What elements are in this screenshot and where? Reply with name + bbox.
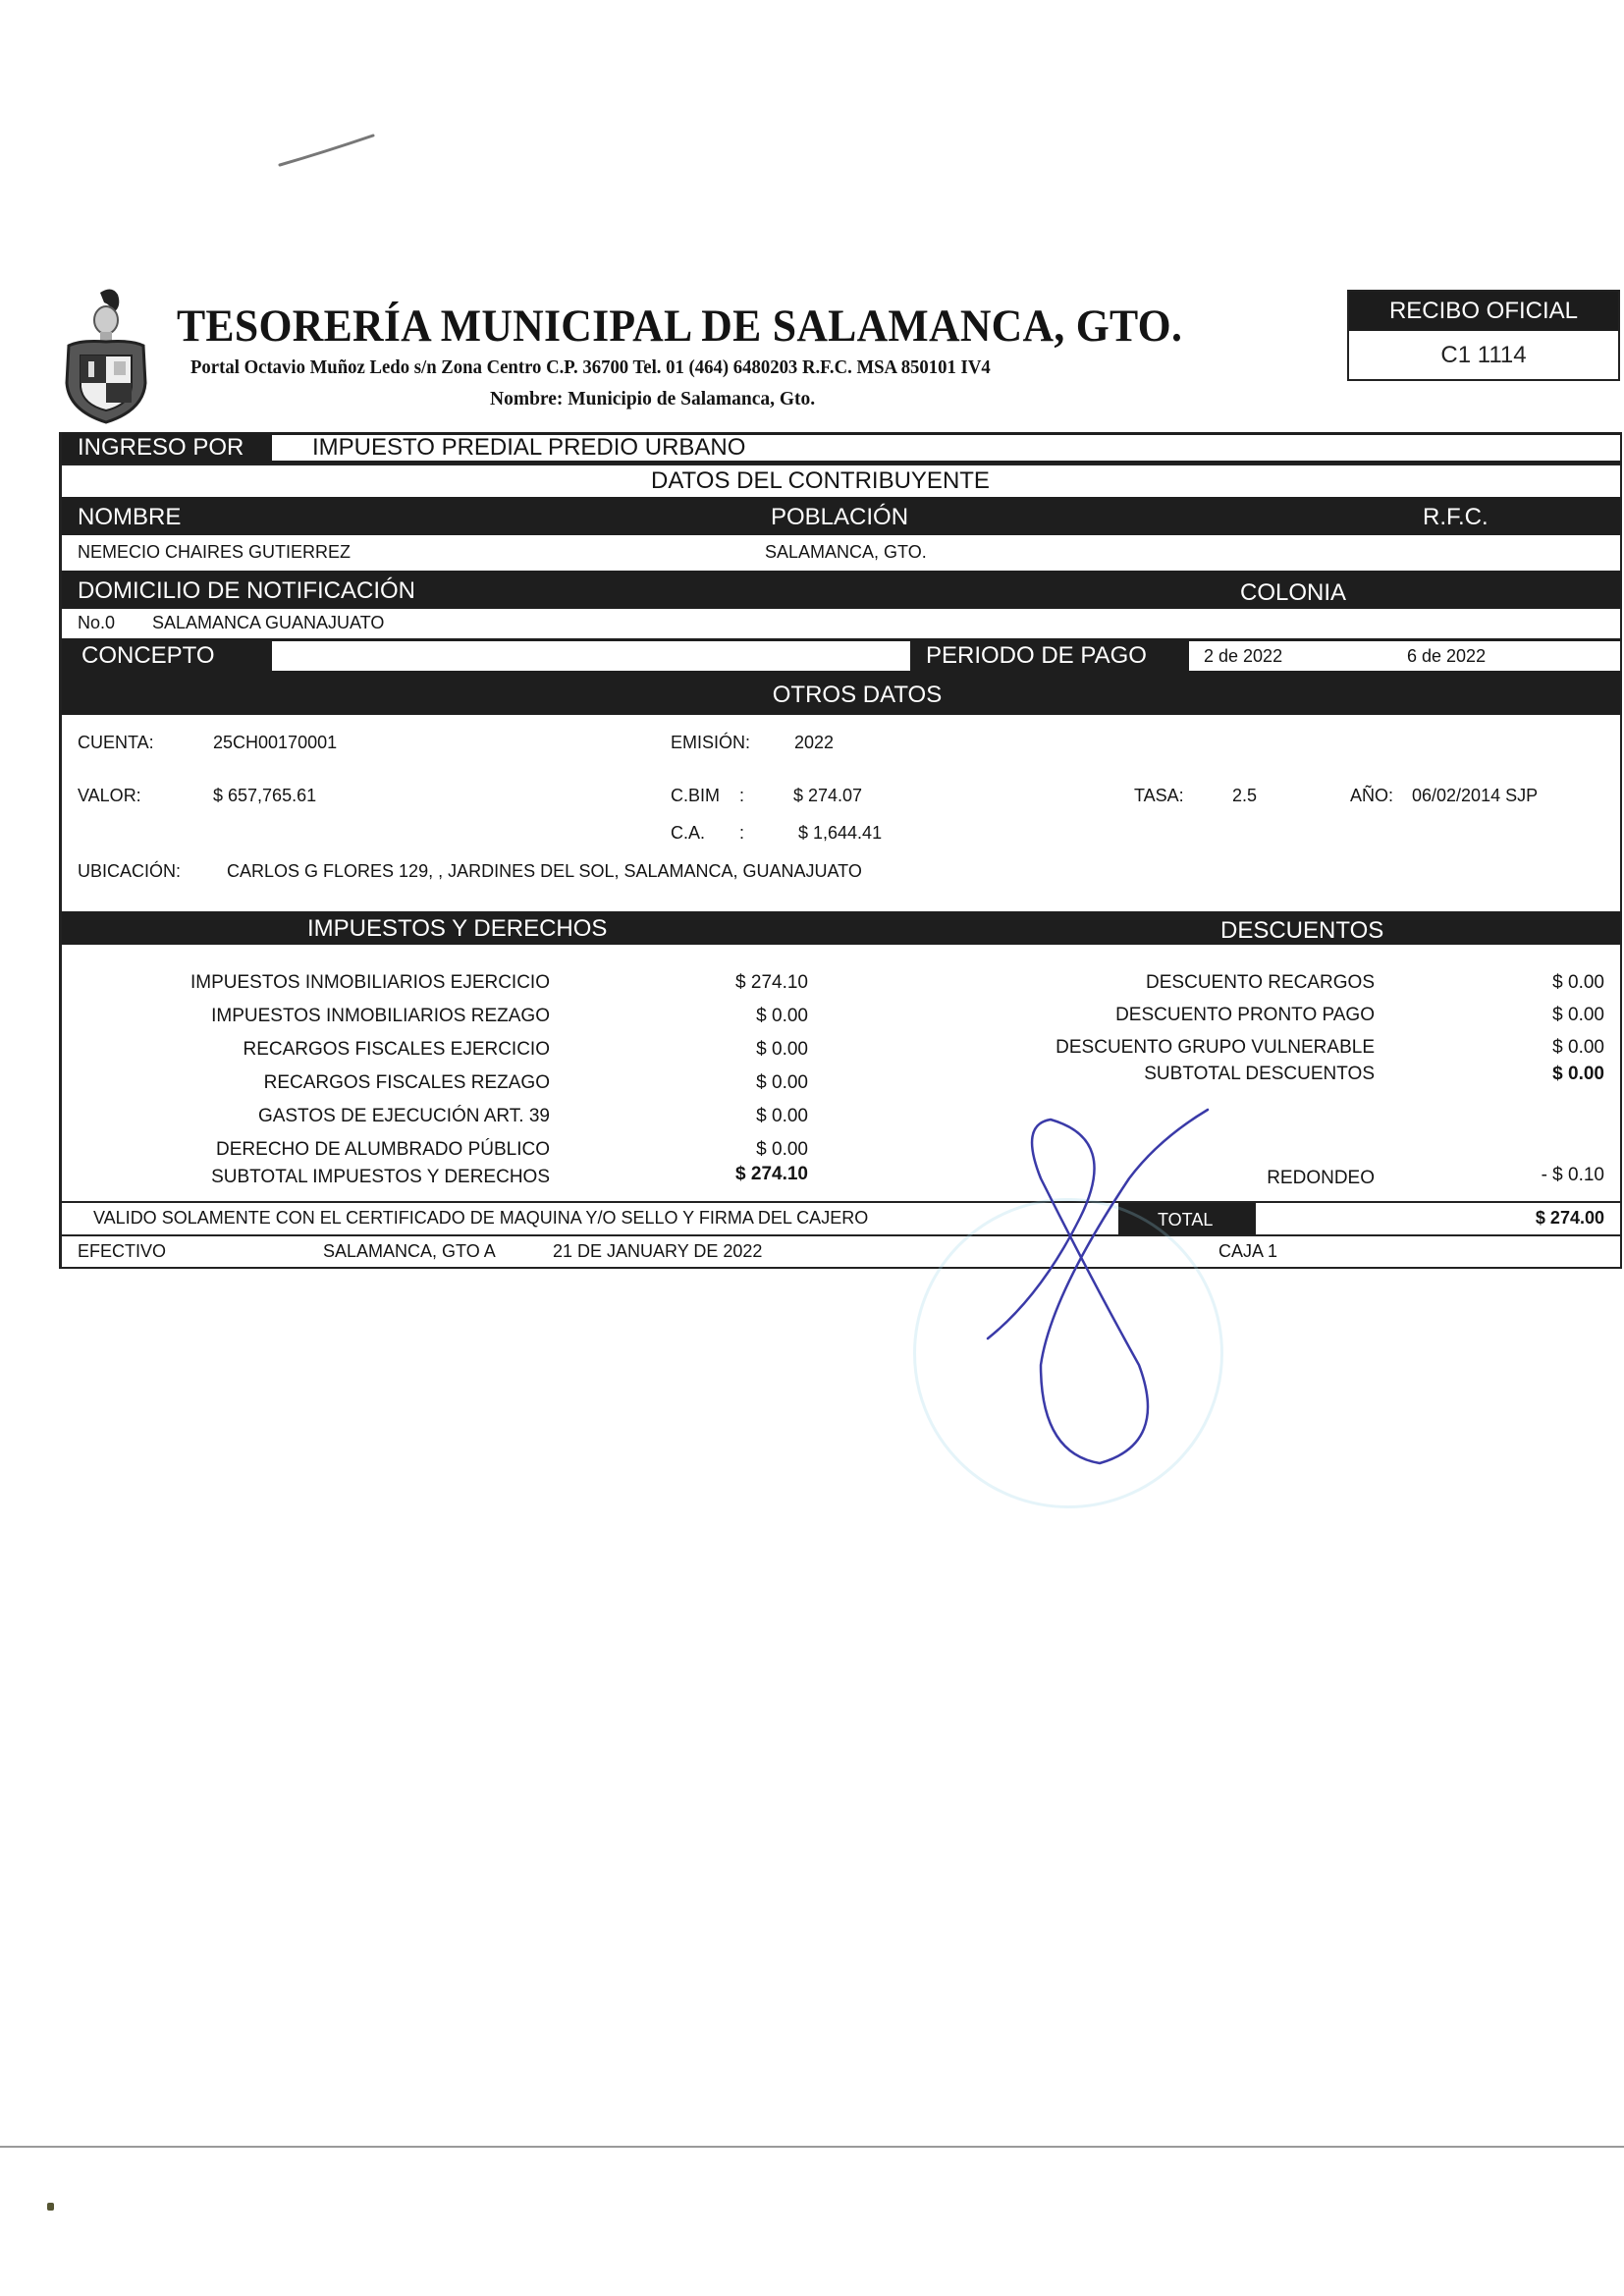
nombre-header: NOMBRE	[78, 504, 181, 531]
descuentos-subtotal: $ 0.00	[1552, 1064, 1604, 1085]
cuenta-label: CUENTA:	[78, 733, 154, 753]
impuesto-label: GASTOS DE EJECUCIÓN ART. 39	[258, 1106, 550, 1127]
ingreso-value: IMPUESTO PREDIAL PREDIO URBANO	[312, 434, 745, 462]
coat-of-arms-icon	[61, 285, 151, 427]
receipt-box: RECIBO OFICIAL C1 1114	[1347, 290, 1620, 381]
cbim-label: C.BIM	[671, 786, 720, 806]
rfc-header: R.F.C.	[1423, 504, 1489, 531]
valor-value: $ 657,765.61	[213, 786, 316, 806]
ingreso-label: INGRESO POR	[78, 434, 244, 462]
place: SALAMANCA, GTO A	[323, 1241, 496, 1262]
receipt-number: C1 1114	[1349, 331, 1618, 379]
periodo-desde: 2 de 2022	[1204, 646, 1282, 667]
receipt-table: INGRESO POR IMPUESTO PREDIAL PREDIO URBA…	[59, 432, 1622, 1269]
contribuyente-title: DATOS DEL CONTRIBUYENTE	[651, 467, 946, 495]
tasa-label: TASA:	[1134, 786, 1184, 806]
cuenta-value: 25CH00170001	[213, 733, 337, 753]
valor-label: VALOR:	[78, 786, 141, 806]
anio-label: AÑO:	[1350, 786, 1393, 806]
total-value: $ 274.00	[1536, 1208, 1604, 1229]
scan-speck	[47, 2203, 54, 2211]
ca-label: C.A.	[671, 823, 705, 844]
ubicacion-value: CARLOS G FLORES 129, , JARDINES DEL SOL,…	[227, 861, 862, 882]
impuesto-amount: $ 0.00	[756, 1139, 808, 1161]
cbim-value: $ 274.07	[793, 786, 862, 806]
impuesto-amount: $ 0.00	[756, 1039, 808, 1061]
periodo-label: PERIODO DE PAGO	[926, 642, 1147, 670]
domicilio-number: No.0	[78, 613, 115, 633]
poblacion-value: SALAMANCA, GTO.	[765, 542, 927, 563]
nombre-value: NEMECIO CHAIRES GUTIERREZ	[78, 542, 351, 563]
descuento-amount: $ 0.00	[1552, 1005, 1604, 1026]
impuesto-label: RECARGOS FISCALES EJERCICIO	[243, 1039, 550, 1061]
validity-note: VALIDO SOLAMENTE CON EL CERTIFICADO DE M…	[93, 1208, 868, 1229]
ca-colon: :	[739, 823, 744, 844]
concepto-label: CONCEPTO	[81, 642, 215, 670]
emision-label: EMISIÓN:	[671, 733, 750, 753]
descuento-amount: $ 0.00	[1552, 1037, 1604, 1059]
descuento-amount: $ 0.00	[1552, 972, 1604, 994]
colonia-header: COLONIA	[1240, 579, 1346, 607]
ca-value: $ 1,644.41	[798, 823, 882, 844]
emision-value: 2022	[794, 733, 834, 753]
redondeo-value: - $ 0.10	[1542, 1165, 1604, 1186]
date: 21 DE JANUARY DE 2022	[553, 1241, 762, 1262]
impuesto-amount: $ 0.00	[756, 1072, 808, 1094]
org-address: Portal Octavio Muñoz Ledo s/n Zona Centr…	[190, 357, 991, 379]
poblacion-header: POBLACIÓN	[771, 504, 908, 531]
ubicacion-label: UBICACIÓN:	[78, 861, 181, 882]
otros-datos-title: OTROS DATOS	[710, 682, 1004, 709]
impuestos-subtotal-label: SUBTOTAL IMPUESTOS Y DERECHOS	[211, 1167, 550, 1188]
domicilio-header: DOMICILIO DE NOTIFICACIÓN	[78, 577, 415, 605]
scan-mark	[275, 128, 383, 177]
impuesto-label: RECARGOS FISCALES REZAGO	[264, 1072, 550, 1094]
descuento-label: DESCUENTO GRUPO VULNERABLE	[1056, 1037, 1375, 1059]
periodo-hasta: 6 de 2022	[1407, 646, 1486, 667]
impuesto-amount: $ 0.00	[756, 1006, 808, 1027]
descuento-label: DESCUENTO PRONTO PAGO	[1115, 1005, 1375, 1026]
impuesto-label: IMPUESTOS INMOBILIARIOS EJERCICIO	[190, 972, 550, 994]
domicilio-value: SALAMANCA GUANAJUATO	[152, 613, 384, 633]
cashier-signature	[933, 1100, 1276, 1493]
org-title: TESORERÍA MUNICIPAL DE SALAMANCA, GTO.	[177, 300, 1182, 353]
page-divider	[0, 2146, 1624, 2148]
payment-method: EFECTIVO	[78, 1241, 166, 1262]
descuentos-subtotal-label: SUBTOTAL DESCUENTOS	[1144, 1064, 1375, 1085]
anio-value: 06/02/2014 SJP	[1412, 786, 1538, 806]
impuesto-label: IMPUESTOS INMOBILIARIOS REZAGO	[211, 1006, 550, 1027]
redondeo-label: REDONDEO	[1267, 1168, 1375, 1189]
tasa-value: 2.5	[1232, 786, 1257, 806]
impuesto-amount: $ 0.00	[756, 1106, 808, 1127]
descuento-label: DESCUENTO RECARGOS	[1146, 972, 1375, 994]
impuestos-subtotal: $ 274.10	[735, 1164, 808, 1185]
impuesto-amount: $ 274.10	[735, 972, 808, 994]
impuestos-title: IMPUESTOS Y DERECHOS	[307, 915, 607, 943]
descuentos-title: DESCUENTOS	[1220, 917, 1383, 945]
impuesto-label: DERECHO DE ALUMBRADO PÚBLICO	[216, 1139, 550, 1161]
cbim-colon: :	[739, 786, 744, 806]
org-name: Nombre: Municipio de Salamanca, Gto.	[490, 389, 815, 410]
receipt-label: RECIBO OFICIAL	[1349, 292, 1618, 331]
